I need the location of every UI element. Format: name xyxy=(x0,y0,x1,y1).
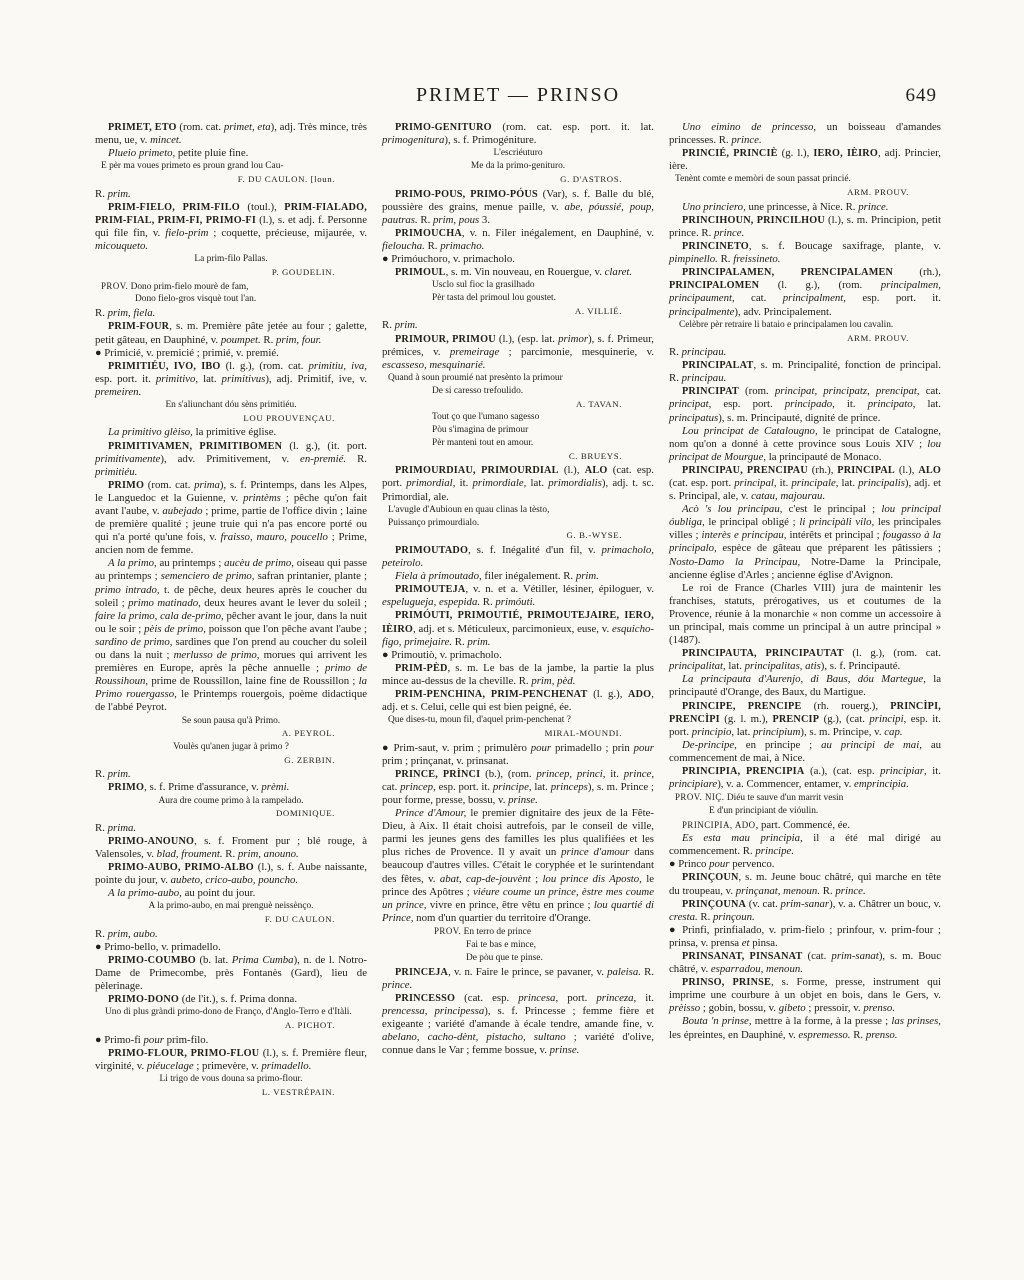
text-segment: Voulès qu'anen jugar à primo ? xyxy=(173,742,289,752)
text-segment: aucèu de primo, xyxy=(224,557,294,569)
text-segment: PRIMET, ETO xyxy=(108,122,177,133)
verse-line: Voulès qu'anen jugar à primo ? xyxy=(95,742,367,754)
dictionary-entry: PRINCIPE, PRENCIPE (rh. rouerg.), PRINCÌ… xyxy=(669,700,941,739)
citation-author: MIRAL-MOUNDI. xyxy=(382,728,654,740)
dictionary-text: ● Primicié, v. premicié ; primié, v. pre… xyxy=(95,347,367,360)
text-segment: , lat. xyxy=(195,373,221,385)
dictionary-entry: De-principe, en principe ; au principi d… xyxy=(669,739,941,765)
text-segment: (rom. cat. xyxy=(177,121,224,133)
text-segment: ● Princo xyxy=(669,858,709,870)
text-segment: , port. xyxy=(555,992,596,1004)
text-segment: prime de Roussillon, laine fine de Rouss… xyxy=(148,675,359,687)
text-segment: , adj. et s. Méticuleux, parcimonieux, e… xyxy=(413,623,612,635)
dictionary-entry: PRINCIPIA, ADO, part. Commencé, ée. xyxy=(669,819,941,832)
text-segment: (cat. esp. xyxy=(455,992,518,1004)
text-segment: ), adv. Primitivement, v. xyxy=(160,453,300,465)
text-segment: R. xyxy=(718,253,733,265)
text-segment: en principe ; xyxy=(737,739,821,751)
text-segment: primitiu, iva xyxy=(309,360,365,372)
text-segment: PRINCIÉ, PRINCIÈ xyxy=(682,148,778,159)
citation-author: G. D'ASTROS. xyxy=(382,174,654,186)
text-segment: prima xyxy=(194,479,220,491)
dictionary-entry: Acò 's lou principau, c'est le principal… xyxy=(669,503,941,582)
text-segment: pour xyxy=(709,858,729,870)
text-segment: PRINSANAT, PINSANAT xyxy=(682,951,802,962)
dictionary-entry: PRIMO-ANOUNO, s. f. Froment pur ; blé ro… xyxy=(95,835,367,861)
text-segment: mettre à la forme, à la presse ; xyxy=(752,1015,892,1027)
text-segment: prim-sanar xyxy=(781,898,830,910)
text-segment: P. GOUDELIN. xyxy=(272,267,335,277)
text-segment: A. VILLIÉ. xyxy=(575,306,622,316)
text-segment: R. xyxy=(480,596,495,608)
text-segment: abelano, cacho-dènt, pistacho, sultano xyxy=(382,1031,566,1043)
text-segment: principalmente xyxy=(669,306,734,318)
text-segment: poumpet. xyxy=(221,334,261,346)
text-segment: R. xyxy=(452,636,467,648)
text-segment: principe. xyxy=(755,845,794,857)
dictionary-entry: Uno princiero, une princesse, à Nice. R.… xyxy=(669,201,941,214)
text-segment: prim. xyxy=(108,188,131,200)
dictionary-entry: PRIMOUTEJA, v. n. et a. Vétiller, lésine… xyxy=(382,583,654,609)
dictionary-entry: PRIM-FOUR, s. m. Première pâte jetée au … xyxy=(95,320,367,346)
text-segment: (cat. esp. port. xyxy=(669,477,734,489)
dictionary-entry: PRINCIHOUN, PRINCILHOU (l.), s. m. Princ… xyxy=(669,214,941,240)
text-segment: IERO, IÈIRO xyxy=(813,148,878,159)
verse-line: Tout ço que l'umano sagesso xyxy=(382,412,654,424)
text-segment: interès e principau, xyxy=(702,529,787,541)
text-segment: primo matinado, xyxy=(128,597,201,609)
text-segment: De pòu que te pinse. xyxy=(466,953,543,963)
text-segment: ● Primo-bello, v. primadello. xyxy=(95,941,221,953)
dictionary-entry: PRINCIPALAT, s. m. Principalité, fonctio… xyxy=(669,359,941,385)
text-segment: primet, eta xyxy=(224,121,271,133)
text-segment: , s. f. Boucage saxifrage, plante, v. xyxy=(749,240,941,252)
text-segment: PRINCIPAL xyxy=(837,465,895,476)
text-segment: (l.), xyxy=(895,464,918,476)
text-segment: primitiéu. xyxy=(95,466,137,478)
text-segment: , lat. xyxy=(723,660,745,672)
text-segment: Lou principat de Catalougno, xyxy=(682,425,818,437)
dictionary-entry: PRIMO, s. f. Prime d'assurance, v. prèmi… xyxy=(95,781,367,794)
text-segment: ; pressoir, v. xyxy=(806,1002,864,1014)
text-segment: A la primo, xyxy=(108,557,157,569)
dictionary-entry: Plueio primeto, petite pluie fine. xyxy=(95,147,367,160)
text-segment: PRIMO-GENITURO xyxy=(395,122,492,133)
citation-author: G. ZERBIN. xyxy=(95,755,367,767)
text-segment: nom d'un quartier du territoire d'Orange… xyxy=(413,912,590,924)
text-segment: (a.), (cat. esp. xyxy=(804,765,880,777)
text-segment: aubeto, crico-aubo, pouncho. xyxy=(171,874,298,886)
dictionary-entry: Es esta mau principia, il a été mal diri… xyxy=(669,832,941,858)
dictionary-entry: PRINCIPIA, PRENCIPIA (a.), (cat. esp. pr… xyxy=(669,765,941,791)
text-segment: (g. l.), xyxy=(778,147,814,159)
text-segment: mincet. xyxy=(150,134,181,146)
dictionary-text: R. principau. xyxy=(669,346,941,359)
text-segment: R. xyxy=(669,346,682,358)
text-columns: PRIMET, ETO (rom. cat. primet, eta), adj… xyxy=(95,121,941,1101)
text-segment: G. B.-WYSE. xyxy=(567,530,622,540)
text-segment: prencessa, principessa xyxy=(382,1005,484,1017)
text-segment: ALO xyxy=(585,465,608,476)
text-segment: principal xyxy=(734,477,774,489)
citation-author: A. VILLIÉ. xyxy=(382,306,654,318)
text-segment: MIRAL-MOUNDI. xyxy=(545,728,622,738)
dictionary-entry: PRINCIPAUTA, PRINCIPAUTAT (l. g.), (rom.… xyxy=(669,647,941,673)
verse-line: Pòu s'imagina de primour xyxy=(382,425,654,437)
text-segment: prim. xyxy=(395,319,418,331)
text-segment: prim. xyxy=(108,768,131,780)
text-segment: R. xyxy=(95,307,108,319)
text-segment: PRINCIPIA, ADO xyxy=(682,820,756,830)
text-segment: prim, pèd. xyxy=(531,675,575,687)
text-segment: , s. m. Vin nouveau, en Rouergue, v. xyxy=(446,266,605,278)
text-segment: PRINCESSO xyxy=(395,993,455,1004)
text-segment: primadello ; prin xyxy=(551,742,634,754)
text-segment: PRIM-FOUR xyxy=(108,321,169,332)
citation-author: LOU PROUVENÇAU. xyxy=(95,413,367,425)
dictionary-entry: PRINCINETO, s. f. Boucage saxifrage, pla… xyxy=(669,240,941,266)
verse-line: Celèbre pèr retraire li bataio e princip… xyxy=(669,320,941,332)
proverb-line: De pòu que te pinse. xyxy=(382,953,654,965)
text-segment: PRINCIPAUTA, PRINCIPAUTAT xyxy=(682,648,844,659)
text-segment: La prim-filo Pallas. xyxy=(194,254,267,264)
text-segment: ), v. a. Commencer, entamer, v. xyxy=(717,778,854,790)
dictionary-entry: PRIMO-AUBO, PRIMO-ALBO (l.), s. f. Aube … xyxy=(95,861,367,887)
text-segment: La principauta d'Aurenjo, di Baus, dóu M… xyxy=(682,673,926,685)
text-segment: freissineto. xyxy=(733,253,780,265)
text-segment: Pèr tasta del primoul lou goustet. xyxy=(432,293,556,303)
text-segment: prèmi. xyxy=(261,781,289,793)
text-segment: Prima Cumba xyxy=(232,954,294,966)
dictionary-entry: PRIMOUR, PRIMOU (l.), (esp. lat. primor)… xyxy=(382,333,654,372)
text-segment: , it. xyxy=(924,765,941,777)
text-segment: principiare xyxy=(669,778,717,790)
text-segment: , cat. xyxy=(732,292,783,304)
citation-author: F. DU CAULON. [loun. xyxy=(95,174,367,186)
text-segment: PRIMOUTEJA xyxy=(395,584,465,595)
verse-line: Tenènt comte e memòri de soun passat pri… xyxy=(669,174,941,186)
text-segment: (cat. xyxy=(802,950,831,962)
text-segment: R. xyxy=(95,928,108,940)
text-segment: prinçoun. xyxy=(713,911,755,923)
running-title: PRIMET — PRINSO xyxy=(95,84,941,107)
verse-line: L'escriéuturo xyxy=(382,148,654,160)
text-segment: primadello. xyxy=(261,1060,311,1072)
text-column: PRIMET, ETO (rom. cat. primet, eta), adj… xyxy=(95,121,367,1101)
text-segment: PRINSO, PRINSE xyxy=(682,977,771,988)
text-segment: prenso. xyxy=(866,1029,898,1041)
dictionary-entry: PRIMOURDIAU, PRIMOURDIAL (l.), ALO (cat.… xyxy=(382,464,654,503)
citation-author: L. VESTRÉPAIN. xyxy=(95,1087,367,1099)
text-segment: la primitive église. xyxy=(193,426,276,438)
text-segment: Aura dre coume primo à la rampelado. xyxy=(159,796,304,806)
text-segment: 3. xyxy=(479,214,490,226)
dictionary-text: ● Primóuchoro, v. primacholo. xyxy=(382,253,654,266)
text-segment: primacho. xyxy=(440,240,484,252)
text-segment: PRIM-PENCHINA, PRIM-PENCHENAT xyxy=(395,689,587,700)
text-segment: primo intrado, xyxy=(95,584,160,596)
text-segment: R. xyxy=(95,822,108,834)
dictionary-entry: PRIMO-COUMBO (b. lat. Prima Cumba), n. d… xyxy=(95,954,367,993)
text-column: Uno eimino de princesso, un boisseau d'a… xyxy=(669,121,941,1101)
text-segment: piéucelage xyxy=(147,1060,194,1072)
text-segment: PRIMO-ANOUNO xyxy=(108,836,194,847)
text-segment: PRINCIHOUN, PRINCILHOU xyxy=(682,215,825,226)
text-segment: primordiale, xyxy=(472,477,526,489)
citation-author: G. B.-WYSE. xyxy=(382,530,654,542)
dictionary-entry: PRIMÓUTI, PRIMOUTIÉ, PRIMOUTEJAIRE, IERO… xyxy=(382,609,654,648)
dictionary-entry: PRINÇOUN, s. m. Jeune bouc châtré, qui m… xyxy=(669,871,941,897)
page-header: PRIMET — PRINSO 649 xyxy=(95,84,941,114)
text-segment: ● Primóuchoro, v. primacholo. xyxy=(382,253,515,265)
text-segment: R. xyxy=(95,188,108,200)
text-segment: prim ; prinçanat, v. prinsanat. xyxy=(382,755,509,767)
text-segment: , lat. xyxy=(913,398,941,410)
dictionary-entry: PRINCE, PRÌNCI (b.), (rom. princep, prin… xyxy=(382,768,654,807)
text-segment: A. PEYROL. xyxy=(282,728,335,738)
text-segment: filer inégalement. R. xyxy=(482,570,576,582)
text-segment: ; coquette, précieuse, mijaurée, v. xyxy=(208,227,367,239)
text-segment: Diéu te sauve d'un marrit vesin xyxy=(724,793,843,803)
text-segment: princesa xyxy=(518,992,555,1004)
text-segment: (toul.), xyxy=(240,201,284,213)
text-segment: Bouta 'n prinse, xyxy=(682,1015,752,1027)
text-segment: ; xyxy=(531,873,543,885)
text-segment: PRIMOUR, PRIMOU xyxy=(395,334,496,345)
text-segment: principio xyxy=(692,726,732,738)
text-segment: Uno eimino de princesso xyxy=(682,121,813,133)
text-segment: PROV. xyxy=(434,926,461,936)
text-segment: prim, fiela. xyxy=(108,307,156,319)
citation-author: ARM. PROUV. xyxy=(669,333,941,345)
text-segment: ; primevère, v. xyxy=(194,1060,262,1072)
text-segment: (rom. xyxy=(739,385,775,397)
dictionary-entry: PRINCIPAU, PRENCIPAU (rh.), PRINCIPAL (l… xyxy=(669,464,941,503)
text-segment: Acò 's lou principau, xyxy=(682,503,782,515)
verse-line: A la primo-aubo, en mai prenguè neissènç… xyxy=(95,901,367,913)
text-segment: la principauté de Monaco. xyxy=(766,451,881,463)
verse-line: L'avugle d'Aubioun en quau clinas la tès… xyxy=(382,505,654,517)
text-segment: ARM. PROUV. xyxy=(847,187,909,197)
text-segment: princeza xyxy=(596,992,633,1004)
text-segment: principau. xyxy=(682,372,727,384)
citation-author: C. BRUEYS. xyxy=(382,451,654,463)
verse-line: Aura dre coume primo à la rampelado. xyxy=(95,796,367,808)
verse-line: Pèr tasta del primoul lou goustet. xyxy=(382,293,654,305)
text-segment: las prinses, xyxy=(891,1015,941,1027)
verse-line: De si caresso trefoulido. xyxy=(382,386,654,398)
text-segment: primóuti. xyxy=(495,596,535,608)
text-segment: , v. n. Filer inégalement, en Dauphiné, … xyxy=(462,227,654,239)
text-segment: premeiren. xyxy=(95,386,141,398)
verse-line: Li trigo de vous douna sa primo-flour. xyxy=(95,1074,367,1086)
text-segment: R. xyxy=(95,768,108,780)
text-segment: le principal obligé ; xyxy=(705,516,800,528)
dictionary-text: ● Primo-bello, v. primadello. xyxy=(95,941,367,954)
dictionary-entry: PRIMOUTADO, s. f. Inégalité d'un fil, v.… xyxy=(382,544,654,570)
text-segment: micouqueto. xyxy=(95,240,148,252)
text-segment: PRIMOUL xyxy=(395,267,446,278)
text-segment: emprincipia. xyxy=(854,778,909,790)
text-segment: blad, froument. xyxy=(157,848,223,860)
dictionary-text: ● Prim-saut, v. prim ; primulèro pour pr… xyxy=(382,742,654,768)
text-segment: , it. xyxy=(603,768,624,780)
dictionary-entry: PRIMO (rom. cat. prima), s. f. Printemps… xyxy=(95,479,367,558)
text-segment: prinse. xyxy=(550,1044,580,1056)
text-segment: La primitivo glèiso, xyxy=(108,426,193,438)
text-segment: princep xyxy=(400,781,433,793)
text-segment: poisson que l'on pêche avant l'aube ; xyxy=(206,623,367,635)
text-segment: premeirage xyxy=(450,346,499,358)
text-segment: Pèr manteni tout en amour. xyxy=(432,438,533,448)
text-segment: G. ZERBIN. xyxy=(284,755,335,765)
text-segment: principi xyxy=(869,713,903,725)
text-segment: pour xyxy=(531,742,551,754)
text-segment: , esp. port. it. xyxy=(433,781,493,793)
dictionary-entry: A la primo-aubo, au point du jour. xyxy=(95,887,367,900)
verse-line: La prim-filo Pallas. xyxy=(95,254,367,266)
text-segment: prim, anouno. xyxy=(238,848,299,860)
text-segment: , it. xyxy=(453,477,473,489)
text-segment: R. xyxy=(418,214,433,226)
text-segment: PROV. NIÇ. xyxy=(675,792,724,802)
text-segment: A. TAVAN. xyxy=(576,399,622,409)
text-segment: PRINCIPALAMEN, PRENCIPALAMEN xyxy=(682,267,893,278)
text-segment: primitivus xyxy=(222,373,266,385)
text-segment: prinse. xyxy=(508,794,538,806)
text-segment: R. xyxy=(346,453,367,465)
text-segment: principe xyxy=(493,781,529,793)
text-segment: c'est le principal ; xyxy=(782,503,881,515)
text-segment: R. xyxy=(223,848,238,860)
text-segment: PRIMITIÉU, IVO, IBO xyxy=(108,361,221,372)
text-segment: Plueio primeto, xyxy=(108,147,175,159)
text-segment: F. DU CAULON. xyxy=(265,914,335,924)
dictionary-text: R. prima. xyxy=(95,822,367,835)
text-segment: Puissanço primourdialo. xyxy=(388,518,479,528)
text-segment: primitivamente xyxy=(95,453,160,465)
verse-line: Me da la primo-genituro. xyxy=(382,161,654,173)
dictionary-entry: PRINSO, PRINSE, s. Forme, presse, instru… xyxy=(669,976,941,1015)
text-segment: principado xyxy=(785,398,832,410)
text-segment: (rom. cat. esp. port. it. lat. xyxy=(492,121,654,133)
text-segment: au principi de mai, xyxy=(821,739,922,751)
text-segment: ARM. PROUV. xyxy=(847,333,909,343)
text-segment: (l.), (esp. lat. xyxy=(496,333,558,345)
text-segment: principale xyxy=(791,477,835,489)
text-segment: PRINÇOUNA xyxy=(682,899,746,910)
text-segment: pervenco. xyxy=(730,858,775,870)
text-segment: printèms xyxy=(243,492,281,504)
citation-author: P. GOUDELIN. xyxy=(95,267,367,279)
text-segment: espèce de gâteau que préparent les pâtis… xyxy=(717,542,941,554)
text-segment: ; parcimonie, mesquinerie, v. xyxy=(499,346,654,358)
proverb-line: Dono fielo-gros visquè tout l'an. xyxy=(95,294,367,306)
text-segment: Tout ço que l'umano sagesso xyxy=(432,412,539,422)
text-segment: , cat. xyxy=(917,385,941,397)
text-segment: R. xyxy=(851,1029,866,1041)
text-segment: (g. l. m.), xyxy=(720,713,773,725)
citation-author: DOMINIQUE. xyxy=(95,808,367,820)
text-segment: L'avugle d'Aubioun en quau clinas la tès… xyxy=(388,505,549,515)
text-segment: lat. xyxy=(526,477,548,489)
text-segment: en-premié. xyxy=(300,453,346,465)
verse-line: Usclo sul fioc la grasilhado xyxy=(382,280,654,292)
text-segment: les épreintes, en Dauphiné, v. xyxy=(669,1029,798,1041)
text-segment: prèisso xyxy=(669,1002,700,1014)
verse-line: Uno di plus gràndi primo-dono de Franço,… xyxy=(95,1007,367,1019)
text-segment: primordial xyxy=(406,477,452,489)
citation-author: A. PICHOT. xyxy=(95,1020,367,1032)
text-segment: ADO xyxy=(628,689,651,700)
text-segment: R. xyxy=(382,319,395,331)
text-segment: merlusso de primo, xyxy=(174,649,260,661)
text-segment: principatus xyxy=(669,412,718,424)
text-segment: G. D'ASTROS. xyxy=(560,174,622,184)
dictionary-text: R. prim, fiela. xyxy=(95,307,367,320)
text-segment: PRINCIPIA, PRENCIPIA xyxy=(682,766,804,777)
text-segment: PRIMO-POUS, PRIMO-PÓUS xyxy=(395,189,538,200)
text-segment: prince. xyxy=(382,979,412,991)
citation-author: A. TAVAN. xyxy=(382,399,654,411)
dictionary-text: R. prim. xyxy=(95,188,367,201)
text-segment: safran printanier, plante ; xyxy=(254,570,367,582)
text-segment: Nosto-Damo la Principau, xyxy=(669,556,800,568)
text-segment: espremesso. xyxy=(798,1029,850,1041)
text-segment: PRIMO-COUMBO xyxy=(108,955,196,966)
text-segment: (l. g.), (rom. cat. xyxy=(844,647,941,659)
dictionary-entry: La principauta d'Aurenjo, di Baus, dóu M… xyxy=(669,673,941,699)
dictionary-entry: PRIM-FIELO, PRIM-FILO (toul.), PRIM-FIAL… xyxy=(95,201,367,253)
dictionary-text: ● Primoutiò, v. primacholo. xyxy=(382,649,654,662)
text-segment: PRIMO xyxy=(108,782,144,793)
text-segment: deux heures avant le lever du soleil ; xyxy=(201,597,367,609)
text-segment: Fai te bas e mince, xyxy=(466,940,536,950)
text-segment: intérêts et principal ; xyxy=(786,529,882,541)
text-segment: lou prince dis Aposto, xyxy=(542,873,641,885)
text-segment: prince. xyxy=(731,134,761,146)
dictionary-entry: PRIMO-POUS, PRIMO-PÓUS (Var), s. f. Ball… xyxy=(382,188,654,227)
text-segment: cap. xyxy=(884,726,902,738)
verse-line: Se soun pausa qu'à Primo. xyxy=(95,716,367,728)
dictionary-entry: Le roi de France (Charles VIII) jura de … xyxy=(669,582,941,647)
text-segment: au point du jour. xyxy=(182,887,255,899)
text-segment: ; gobin, bossu, v. xyxy=(700,1002,778,1014)
text-segment: prim. xyxy=(576,570,599,582)
text-segment: ), s. m. Principauté, dignité de prince. xyxy=(718,412,880,424)
text-segment: R. xyxy=(820,885,835,897)
dictionary-entry: PRIMOUL, s. m. Vin nouveau, en Rouergue,… xyxy=(382,266,654,279)
text-segment: , it. xyxy=(634,992,654,1004)
text-segment: , v. n. et a. Vétiller, lésiner, épilogu… xyxy=(465,583,654,595)
text-segment: claret. xyxy=(605,266,632,278)
text-segment: fraisso, mauro, poucello xyxy=(221,531,328,543)
text-segment: De-principe, xyxy=(682,739,737,751)
text-segment: Es esta mau principia, xyxy=(682,832,803,844)
verse-line: Que dises-tu, moun fil, d'aquel prim-pen… xyxy=(382,715,654,727)
text-segment: Dono prim-fielo mourè de fam, xyxy=(128,282,248,292)
dictionary-entry: Fiela à primoutado, filer inégalement. R… xyxy=(382,570,654,583)
text-segment: (rh. rouerg.), xyxy=(801,700,890,712)
text-segment: aubejado xyxy=(162,505,202,517)
text-segment: prim-filo. xyxy=(164,1034,208,1046)
text-segment: L'escriéuturo xyxy=(493,148,542,158)
text-segment: principau. xyxy=(682,346,727,358)
text-segment: R. xyxy=(425,240,440,252)
text-segment: ), s. f. Principauté. xyxy=(821,660,900,672)
dictionary-entry: PRIMO-FLOUR, PRIMO-FLOU (l.), s. f. Prem… xyxy=(95,1047,367,1073)
text-segment: L. VESTRÉPAIN. xyxy=(262,1087,335,1097)
